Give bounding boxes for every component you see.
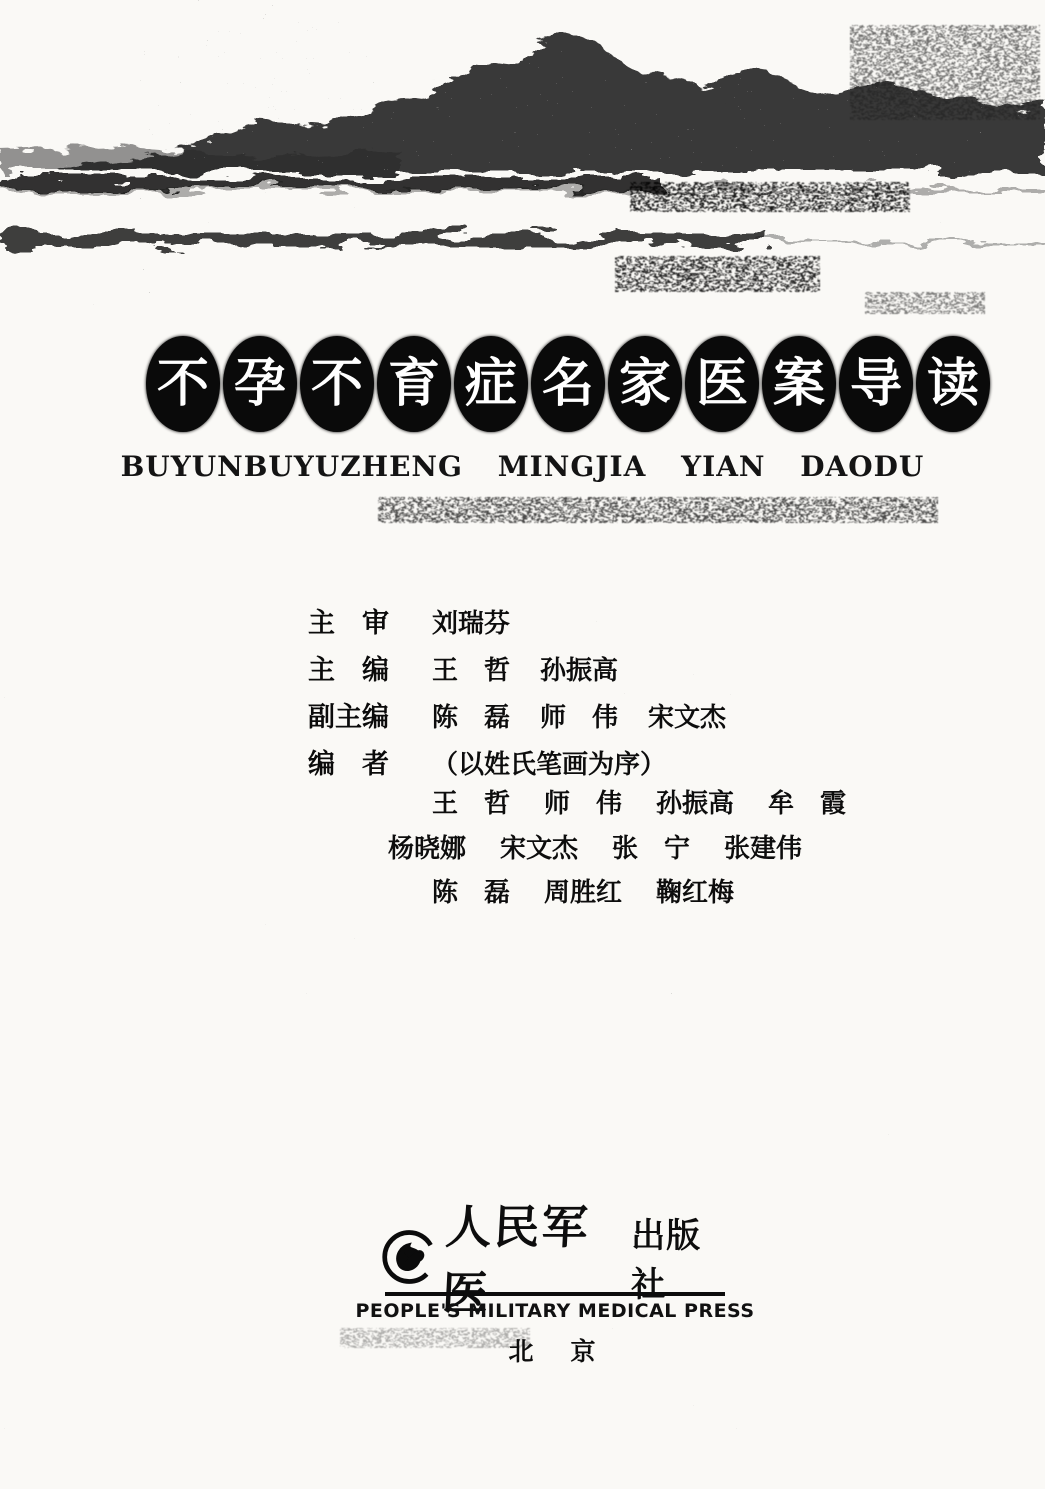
title-character-badge: 不 (146, 336, 220, 432)
book-title: 不孕不育症名家医案导读 (146, 336, 1006, 432)
credit-role-label: 主 审 (308, 600, 404, 647)
publisher-city: 北 京 (508, 1332, 601, 1368)
title-character-badge: 症 (454, 336, 528, 432)
credit-names: 王 哲孙振高 (432, 656, 648, 686)
credit-names: （以姓氏笔画为序） (432, 750, 696, 780)
title-character-badge: 导 (839, 336, 913, 432)
credit-names: 刘瑞芬 (432, 609, 540, 639)
title-character-badge: 孕 (223, 336, 297, 432)
credit-row: 副主编陈 磊师 伟宋文杰 (308, 694, 756, 741)
person-name: 孙振高 (656, 789, 734, 819)
person-name: 陈 磊 (432, 703, 510, 733)
contributor-row: 王 哲师 伟孙振高牟 霞 (432, 783, 880, 820)
person-name: 张建伟 (724, 834, 802, 864)
person-name: 师 伟 (540, 703, 618, 733)
bleed-through-text (630, 182, 910, 212)
person-name: 王 哲 (432, 789, 510, 819)
credit-row: 主 审刘瑞芬 (308, 600, 756, 647)
person-name: 师 伟 (544, 789, 622, 819)
publisher-name-en: PEOPLE'S MILITARY MEDICAL PRESS (355, 1300, 754, 1322)
person-name: 孙振高 (540, 656, 618, 686)
contributor-row: 杨晓娜宋文杰张 宁张建伟 (388, 828, 836, 865)
person-name: （以姓氏笔画为序） (432, 750, 666, 780)
person-name: 刘瑞芬 (432, 609, 510, 639)
person-name: 张 宁 (612, 834, 690, 864)
person-name: 鞠红梅 (656, 878, 734, 908)
credits-block: 主 审刘瑞芬主 编王 哲孙振高副主编陈 磊师 伟宋文杰编 者（以姓氏笔画为序） (308, 600, 756, 788)
person-name: 宋文杰 (500, 834, 578, 864)
person-name: 杨晓娜 (388, 834, 466, 864)
publisher-name-row: 人民军医 出版社 (380, 1224, 730, 1290)
title-character-badge: 名 (531, 336, 605, 432)
title-character-badge: 不 (300, 336, 374, 432)
person-name: 周胜红 (544, 878, 622, 908)
publisher-logo-icon (380, 1226, 438, 1288)
publisher-block: 人民军医 出版社 PEOPLE'S MILITARY MEDICAL PRESS… (380, 1224, 730, 1368)
title-character-badge: 医 (685, 336, 759, 432)
credit-role-label: 主 编 (308, 647, 404, 694)
credit-row: 编 者（以姓氏笔画为序） (308, 741, 756, 788)
title-character-badge: 家 (608, 336, 682, 432)
credit-role-label: 编 者 (308, 741, 404, 788)
credit-names: 陈 磊师 伟宋文杰 (432, 703, 756, 733)
credit-role-label: 副主编 (308, 694, 404, 741)
title-character-badge: 案 (762, 336, 836, 432)
contributor-row: 陈 磊周胜红鞠红梅 (432, 872, 768, 909)
title-character-badge: 育 (377, 336, 451, 432)
person-name: 牟 霞 (768, 789, 846, 819)
credit-row: 主 编王 哲孙振高 (308, 647, 756, 694)
person-name: 宋文杰 (648, 703, 726, 733)
person-name: 王 哲 (432, 656, 510, 686)
book-title-pinyin: BUYUNBUYUZHENG MINGJIA YIAN DAODU (0, 450, 1045, 483)
scanned-book-title-page: 不孕不育症名家医案导读 BUYUNBUYUZHENG MINGJIA YIAN … (0, 0, 1045, 1489)
title-character-badge: 读 (916, 336, 990, 432)
person-name: 陈 磊 (432, 878, 510, 908)
